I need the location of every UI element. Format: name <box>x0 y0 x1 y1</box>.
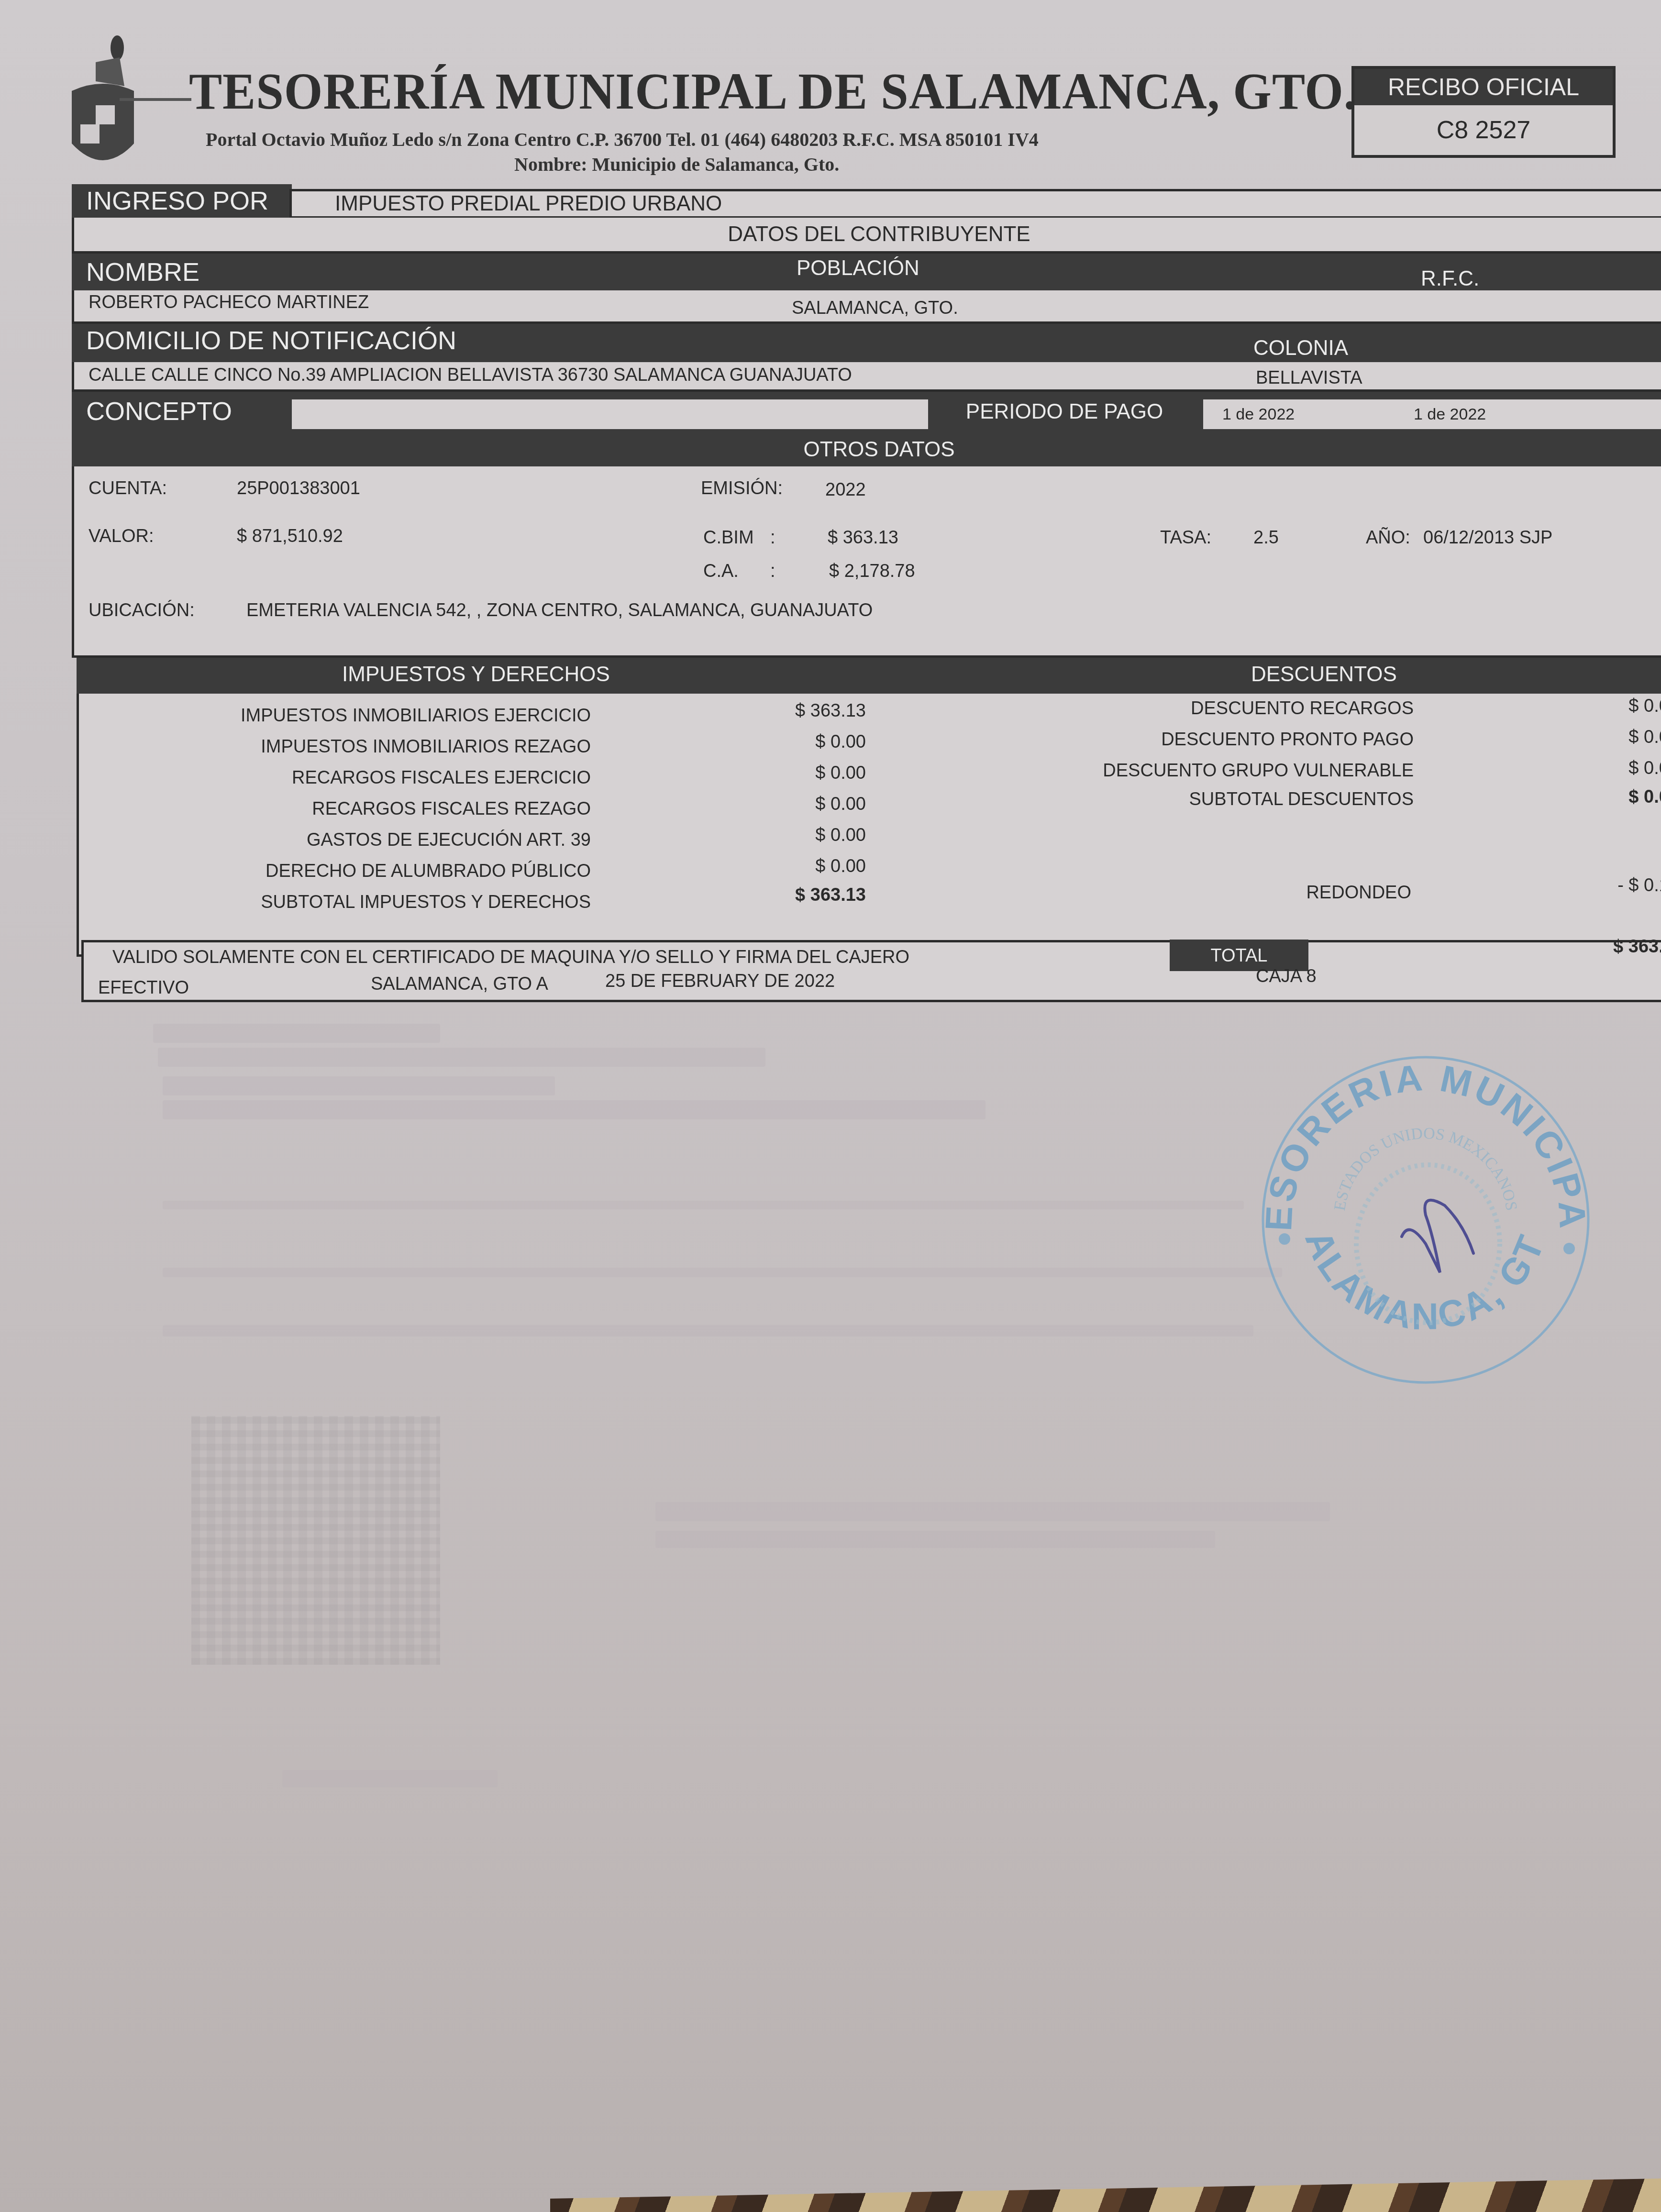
domicilio-header-bar: DOMICILIO DE NOTIFICACIÓN COLONIA <box>72 324 1661 362</box>
impuesto-label: DERECHO DE ALUMBRADO PÚBLICO <box>266 861 591 882</box>
impuesto-amount: $ 0.00 <box>815 732 866 752</box>
impuesto-amount: $ 0.00 <box>815 763 866 784</box>
periodo-hasta: 1 de 2022 <box>1414 405 1486 424</box>
descuento-label: DESCUENTO GRUPO VULNERABLE <box>1103 761 1414 781</box>
otros-datos-box: CUENTA: 25P001383001 EMISIÓN: 2022 VALOR… <box>72 466 1661 658</box>
caja: CAJA 8 <box>1256 966 1317 987</box>
impuesto-amount: $ 0.00 <box>815 856 866 877</box>
cuenta-value: 25P001383001 <box>237 478 360 499</box>
bleed-through-text <box>163 1201 1244 1209</box>
descuento-amount: $ 0.00 <box>1628 696 1661 717</box>
title-rule <box>120 98 191 101</box>
descuento-amount: $ 0.00 <box>1628 758 1661 779</box>
subtotal-impuestos-amount: $ 363.13 <box>795 885 866 906</box>
forma-pago: EFECTIVO <box>98 978 189 998</box>
signature-icon <box>1402 1200 1473 1272</box>
anio-label: AÑO: <box>1366 528 1410 548</box>
impuesto-label: RECARGOS FISCALES REZAGO <box>312 799 591 819</box>
bleed-through-text <box>153 1024 440 1043</box>
impuesto-amount: $ 0.00 <box>815 825 866 846</box>
ca-value: $ 2,178.78 <box>829 561 915 582</box>
ingreso-value: IMPUESTO PREDIAL PREDIO URBANO <box>289 189 1661 219</box>
descuentos-title: DESCUENTOS <box>1251 663 1397 686</box>
bleed-through-text <box>163 1268 1282 1277</box>
impuestos-descuentos-header: IMPUESTOS Y DERECHOS DESCUENTOS <box>77 658 1661 694</box>
subtotal-descuentos-amount: $ 0.00 <box>1628 787 1661 807</box>
impuesto-amount: $ 0.00 <box>815 794 866 815</box>
descuento-label: DESCUENTO RECARGOS <box>1191 698 1414 719</box>
emision-value: 2022 <box>825 480 866 500</box>
redondeo-label: REDONDEO <box>1306 883 1411 903</box>
impuesto-label: GASTOS DE EJECUCIÓN ART. 39 <box>307 830 591 851</box>
impuesto-label: IMPUESTOS INMOBILIARIOS EJERCICIO <box>241 706 591 726</box>
periodo-label: PERIODO DE PAGO <box>928 395 1201 429</box>
subtotal-descuentos-label: SUBTOTAL DESCUENTOS <box>1189 789 1414 810</box>
domicilio-value: CALLE CALLE CINCO No.39 AMPLIACION BELLA… <box>89 365 852 386</box>
header-address: Portal Octavio Muñoz Ledo s/n Zona Centr… <box>206 128 1039 151</box>
impuesto-label: IMPUESTOS INMOBILIARIOS REZAGO <box>261 737 591 757</box>
fecha: 25 DE FEBRUARY DE 2022 <box>605 971 835 992</box>
contribuyente-values-row: ROBERTO PACHECO MARTINEZ SALAMANCA, GTO. <box>72 290 1661 324</box>
impuestos-title: IMPUESTOS Y DERECHOS <box>342 663 610 686</box>
header-name-line: Nombre: Municipio de Salamanca, Gto. <box>514 153 839 176</box>
validez-text: VALIDO SOLAMENTE CON EL CERTIFICADO DE M… <box>112 947 909 968</box>
cbim-colon: : <box>770 528 775 548</box>
receipt-box: RECIBO OFICIAL C8 2527 <box>1351 66 1616 158</box>
impuesto-label: RECARGOS FISCALES EJERCICIO <box>292 768 591 788</box>
emision-label: EMISIÓN: <box>701 478 783 499</box>
validez-row: VALIDO SOLAMENTE CON EL CERTIFICADO DE M… <box>81 940 1661 973</box>
bleed-through-text <box>163 1325 1253 1337</box>
receipt-label: RECIBO OFICIAL <box>1354 69 1613 105</box>
impuesto-amount: $ 363.13 <box>795 701 866 721</box>
municipal-coat-of-arms-icon <box>67 33 139 172</box>
contribuyente-section-title: DATOS DEL CONTRIBUYENTE <box>72 218 1661 254</box>
table-surface <box>550 2179 1661 2212</box>
poblacion-label: POBLACIÓN <box>797 256 919 280</box>
domicilio-label: DOMICILIO DE NOTIFICACIÓN <box>86 326 456 355</box>
lugar: SALAMANCA, GTO A <box>371 974 548 995</box>
concepto-value <box>292 399 928 429</box>
contribuyente-header-bar: NOMBRE POBLACIÓN R.F.C. <box>72 254 1661 293</box>
qr-code-ghost <box>191 1416 440 1665</box>
periodo-values: 1 de 2022 1 de 2022 <box>1203 399 1661 429</box>
nombre-value: ROBERTO PACHECO MARTINEZ <box>89 292 369 313</box>
official-seal-stamp: TESORERIA MUNICIPAL SALAMANCA, GTO ESTAD… <box>1244 1033 1607 1397</box>
nombre-label: NOMBRE <box>86 257 199 287</box>
svg-text:ESTADOS UNIDOS MEXICANOS: ESTADOS UNIDOS MEXICANOS <box>1331 1125 1520 1212</box>
ubicacion-value: EMETERIA VALENCIA 542, , ZONA CENTRO, SA… <box>246 600 873 621</box>
total-amount: $ 363.00 <box>1613 937 1661 957</box>
receipt-number: C8 2527 <box>1354 105 1613 155</box>
impuestos-descuentos-body: IMPUESTOS INMOBILIARIOS EJERCICIO$ 363.1… <box>77 694 1661 957</box>
descuento-amount: $ 0.00 <box>1628 727 1661 748</box>
ca-colon: : <box>770 561 775 582</box>
ca-label: C.A. <box>703 561 739 582</box>
subtotal-impuestos-label: SUBTOTAL IMPUESTOS Y DERECHOS <box>261 892 591 913</box>
bleed-through-text <box>655 1531 1215 1548</box>
descuento-label: DESCUENTO PRONTO PAGO <box>1161 730 1414 750</box>
bleed-through-text <box>163 1100 986 1119</box>
ingreso-label: INGRESO POR <box>72 184 292 218</box>
poblacion-value: SALAMANCA, GTO. <box>792 298 958 319</box>
bleed-through-text <box>163 1076 555 1095</box>
periodo-desde: 1 de 2022 <box>1222 405 1295 424</box>
valor-value: $ 871,510.92 <box>237 526 343 547</box>
bleed-through-text <box>655 1502 1330 1521</box>
colonia-value: BELLAVISTA <box>1256 368 1362 388</box>
valor-label: VALOR: <box>89 526 154 547</box>
cuenta-label: CUENTA: <box>89 478 167 499</box>
cbim-value: $ 363.13 <box>828 528 898 548</box>
pago-row: EFECTIVO SALAMANCA, GTO A 25 DE FEBRUARY… <box>81 971 1661 1002</box>
ubicacion-label: UBICACIÓN: <box>89 600 195 621</box>
redondeo-amount: - $ 0.13 <box>1617 875 1661 896</box>
domicilio-values-row: CALLE CALLE CINCO No.39 AMPLIACION BELLA… <box>72 362 1661 392</box>
anio-value: 06/12/2013 SJP <box>1423 528 1552 548</box>
page-title: TESORERÍA MUNICIPAL DE SALAMANCA, GTO. <box>189 62 1357 122</box>
rfc-label: R.F.C. <box>1421 267 1479 291</box>
concepto-label: CONCEPTO <box>86 395 277 428</box>
tasa-value: 2.5 <box>1253 528 1279 548</box>
bleed-through-text <box>158 1048 765 1067</box>
tasa-label: TASA: <box>1160 528 1211 548</box>
cbim-label: C.BIM <box>703 528 754 548</box>
bleed-through-text <box>282 1770 498 1787</box>
otros-datos-title: OTROS DATOS <box>72 433 1661 466</box>
colonia-label: COLONIA <box>1253 336 1348 360</box>
